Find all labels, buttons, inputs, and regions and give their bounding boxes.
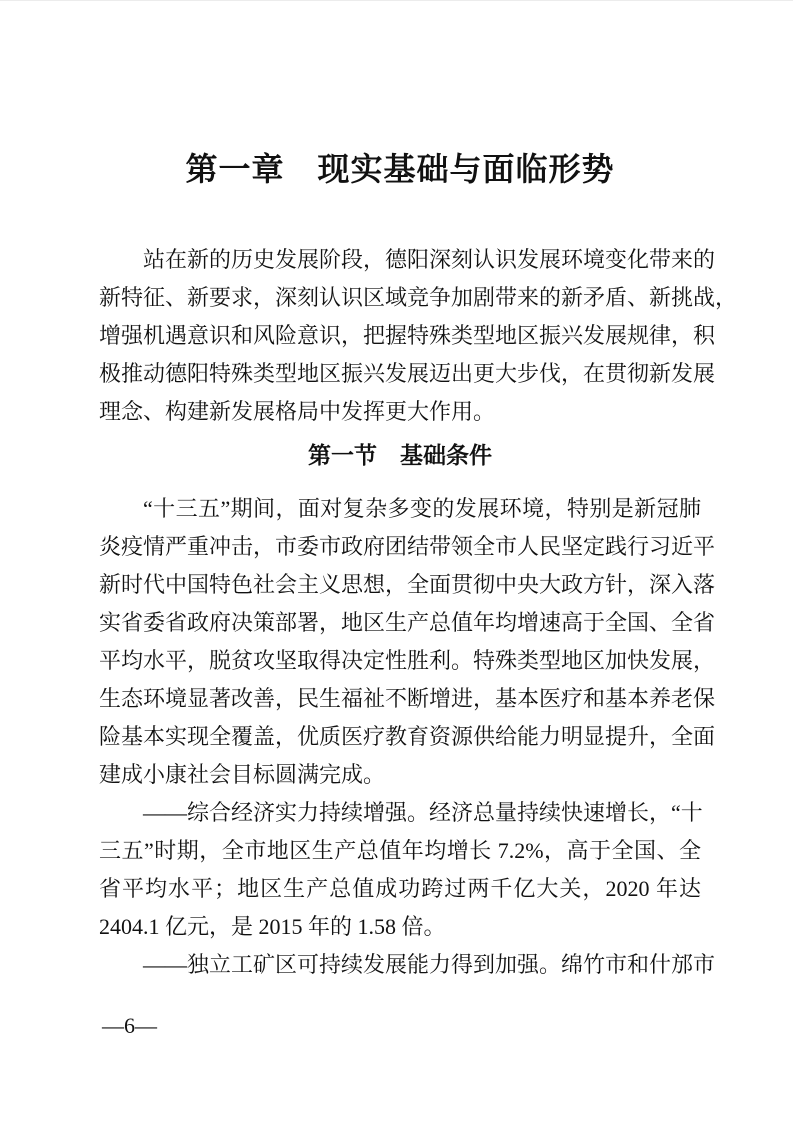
paragraph-intro: 站在新的历史发展阶段，德阳深刻认识发展环境变化带来的 新特征、新要求，深刻认识区…	[99, 241, 701, 431]
body-line: 建成小康社会目标圆满完成。	[99, 756, 701, 794]
paragraph-mining-area: ——独立工矿区可持续发展能力得到加强。绵竹市和什邡市	[99, 946, 701, 984]
body-line: “十三五”期间，面对复杂多变的发展环境，特别是新冠肺	[99, 490, 701, 528]
chapter-title: 第一章 现实基础与面临形势	[100, 147, 700, 191]
page-number: —6—	[102, 1007, 157, 1045]
body-line: 极推动德阳特殊类型地区振兴发展迈出更大步伐，在贯彻新发展	[99, 355, 701, 393]
body-line: 理念、构建新发展格局中发挥更大作用。	[99, 393, 701, 431]
body-line: ——综合经济实力持续增强。经济总量持续快速增长，“十	[99, 794, 701, 832]
document-page: 第一章 现实基础与面临形势 站在新的历史发展阶段，德阳深刻认识发展环境变化带来的…	[0, 0, 793, 1123]
body-line: 生态环境显著改善，民生福祉不断增进，基本医疗和基本养老保	[99, 680, 701, 718]
body-line: 省平均水平；地区生产总值成功跨过两千亿大关，2020 年达	[99, 870, 701, 908]
body-line: 新时代中国特色社会主义思想，全面贯彻中央大政方针，深入落	[99, 566, 701, 604]
body-line: 平均水平，脱贫攻坚取得决定性胜利。特殊类型地区加快发展，	[99, 642, 701, 680]
body-line: 实省委省政府决策部署，地区生产总值年均增速高于全国、全省	[99, 604, 701, 642]
body-line: 2404.1 亿元，是 2015 年的 1.58 倍。	[99, 908, 701, 946]
body-line: 站在新的历史发展阶段，德阳深刻认识发展环境变化带来的	[99, 241, 701, 279]
body-line: 增强机遇意识和风险意识，把握特殊类型地区振兴发展规律，积	[99, 317, 701, 355]
body-line: 险基本实现全覆盖，优质医疗教育资源供给能力明显提升，全面	[99, 718, 701, 756]
body-line: ——独立工矿区可持续发展能力得到加强。绵竹市和什邡市	[99, 946, 701, 984]
section-title: 第一节 基础条件	[100, 438, 700, 472]
body-line: 炎疫情严重冲击，市委市政府团结带领全市人民坚定践行习近平	[99, 528, 701, 566]
body-line: 三五”时期，全市地区生产总值年均增长 7.2%，高于全国、全	[99, 832, 701, 870]
paragraph-economy: ——综合经济实力持续增强。经济总量持续快速增长，“十 三五”时期，全市地区生产总…	[99, 794, 701, 946]
paragraph-thirteenth-five: “十三五”期间，面对复杂多变的发展环境，特别是新冠肺 炎疫情严重冲击，市委市政府…	[99, 490, 701, 794]
body-line: 新特征、新要求，深刻认识区域竞争加剧带来的新矛盾、新挑战，	[99, 279, 701, 317]
